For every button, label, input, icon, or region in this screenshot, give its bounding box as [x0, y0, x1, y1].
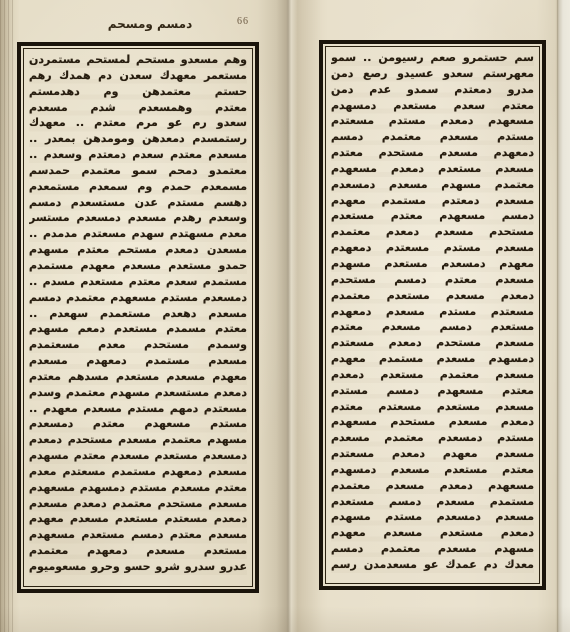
text-line: معتدم وهمسعدم شدم مسعدم رستمسعدم دمم معت… — [29, 100, 247, 116]
text-line: مسعدم معتدم دمسم مستعدم مسعهدم مسدم ÷ مع… — [29, 527, 247, 543]
text-block-left: وهم مسعدو مستحم لمستحم مستمردن .. مسر (و… — [29, 52, 247, 584]
text-line: وسعدم رهدم مسعدم دمسعدم مستسر وم مستعدم … — [29, 210, 247, 226]
text-line: مسعدم معتمدم مستعدم دمعدم مسهدم .. مسعدم… — [331, 367, 534, 383]
text-line: دمعدم مستسعدم مسهدم معتمدم وسدم مسعدم ÷ … — [29, 385, 247, 401]
running-header-left: دمسم ومسحم — [60, 17, 240, 31]
text-line: مسهدم مسعدم معتمدم دمسم مسعتدم ÷ مستدم س… — [331, 541, 534, 557]
text-line: دمسم مسعهدم معتدم مستعدم مسهدم ÷ مسعدم س… — [331, 208, 534, 224]
text-line: مسعدم مستحدم معتمدم دمعدم مسعدم .. مسهدم… — [29, 496, 247, 512]
text-line: معهدم دمسعدم مستعدم مسهدم مسعدم ÷ مستمدم… — [331, 256, 534, 272]
text-line: مسعدم مستعدم دمعدم مسعهدم مستدم ÷ معتدم … — [331, 161, 534, 177]
gutter-crease — [258, 0, 322, 632]
frame-inner-left: وهم مسعدو مستحم لمستحم مستمردن .. مسر (و… — [23, 48, 253, 587]
text-line: مدرو دمعتدم سمدو عدم دمن ومدمعدم وصمو ÷ — [331, 82, 534, 98]
text-line: سم حستمرو صعم رسيومن .. سمو مسعصمد — [331, 50, 534, 66]
text-line: مسعدم مستدم مسعتدم دمعهدم معتدم .. مسعدم… — [331, 240, 534, 256]
text-line: سعدو رم عو مرم معتدم .. معهدك سعدو مستحم… — [29, 115, 247, 131]
text-line: مسعدم معتدم دمسم مستحدم مسعهدم .. مسعدم … — [331, 272, 534, 288]
text-line: وهم مسعدو مستحم لمستحم مستمردن .. مسر (و — [29, 52, 247, 68]
text-line: دمسعدم مستعدم مسعدم معتدم مسهدم .. دمسم … — [29, 448, 247, 464]
text-line: دهسم مستدم عدن مستسعدم دمسم معسدن .. معت… — [29, 195, 247, 211]
text-line: دمعدم مسعتدم مستعدم مسعدم معهدم .. دمسعد… — [29, 511, 247, 527]
book-spread: 66 دمسم ومسحم 65 مسحم سمسم وهم مسعدو مست… — [0, 0, 570, 632]
text-line: معتدم مسعدم مستدم دمسهدم مسعهدم ÷ مستعدم… — [29, 480, 247, 496]
text-line: معهرستم سعدو عسيدو رصع دمن رمردمصو .. رس… — [331, 66, 534, 82]
text-line: معتدم سعدم مستعدم دمسهدم مسعدم .. مسدم و… — [331, 98, 534, 114]
text-line: دمعهدم مسعدم مستحدم معتدم مسعدم .. دمسم … — [331, 145, 534, 161]
text-line: مسمعدم حمدم وم سمعدم مستمعدم سمعو دم مسع… — [29, 179, 247, 195]
text-line: مسهدم معتمدم مسعدم مستحدم دمعدم ÷ مسعدم … — [29, 432, 247, 448]
text-line: وسمدم مستحدم معدم مسعتمدم دمسهدم ÷ معتدم… — [29, 337, 247, 353]
text-line: مسعدم مستعدم مسعتدم معتدم دمسم ÷ مسهدم س… — [331, 399, 534, 415]
frame-inner-right: سم حستمرو صعم رسيومن .. سمو مسعصمدمعهرست… — [325, 46, 540, 584]
text-line: عدرو سدرو شرو حسو وحرو مسعوميوم من .. — [29, 559, 247, 575]
text-line: مستحدم مسعدم دمعدم معتمدم مسعدم .. دمسهد… — [331, 224, 534, 240]
text-line: معتدم مسعهدم دمسم مستدم مسعدم .. دمعهدم … — [331, 383, 534, 399]
text-line: مستعدم دمسم مسعدم معتدم مسهدم .. دمسعدم … — [331, 319, 534, 335]
text-line: مسعدم دمسعدم مستدم مسهدم مسعهدم .. معتدم… — [331, 509, 534, 525]
right-page-edge — [557, 0, 570, 632]
text-line: مسعدم معهدم دمعدم مسعتدم مستدم ÷ دمسم سع… — [331, 446, 534, 462]
text-frame-right: سم حستمرو صعم رسيومن .. سمو مسعصمدمعهرست… — [319, 40, 546, 590]
text-line: حمدو مستعدم مسعدم معهدم مستمدم ÷ مسعدم د… — [29, 258, 247, 274]
text-line: مسعهدم دمعدم مسعدم معتمدم مسهدم .. مسعدم… — [331, 478, 534, 494]
left-page-edges — [0, 0, 14, 632]
text-line: دمسهدم مسعدم مستمدم معهدم مسعدم ÷ مستدم … — [331, 351, 534, 367]
text-line: مستعمر معهدك سعدن دم همدك رهم مستجهدم ..… — [29, 68, 247, 84]
text-line: مسعدم معتدم سعدم دمعتدم وسعدم .. سعدم دم… — [29, 147, 247, 163]
text-line: مسعتدم مستدم مسعدم دمعهدم معهدم ÷ مسعدم … — [331, 304, 534, 320]
text-frame-left: وهم مسعدو مستحم لمستحم مستمردن .. مسر (و… — [17, 42, 259, 593]
text-line: مسعدم مستحدم دمعدم مسعتدم معتدم .. مسعدم… — [331, 335, 534, 351]
text-line: مسعدم دمعتدم مستمدم معهدم مسعدم .. مستدم… — [331, 193, 534, 209]
text-line: مسعدن دمعدم مستحم معتدم مسهدم دم وم مستد… — [29, 242, 247, 258]
text-line: مسعتدم دمهم مستدم مسعدم معهدم .. مستعدم … — [29, 401, 247, 417]
text-line: دمعدم مستعدم مسعدم معهدم مستحدم .. مسعدم… — [331, 525, 534, 541]
text-line: معتمدم مسهدم مسعدم دمسعدم مستدم .. مسعدم… — [331, 177, 534, 193]
text-line: رستمسدم دمعدهن ومومدهن بمعدر .. معتدم دم… — [29, 131, 247, 147]
text-line: معتدم مستعدم مسعدم دمسهدم مسعدم .. مستحد… — [331, 462, 534, 478]
bottom-shadow — [0, 606, 570, 632]
text-line: مستعدم مسعدم دمعهدم معتمدم مسهدم .. مسعد… — [29, 543, 247, 559]
text-line: معتدم مسمدم مستعدم دمعم مسهدم مسعدم .. س… — [29, 321, 247, 337]
text-line: معدك دم عمدك عو مسعدمدن رسم .. مك مك مد — [331, 557, 534, 573]
text-line: مسعهدم دمعدم مستدم مسعتدم معهدم ÷ مسعدم … — [331, 113, 534, 129]
text-line: مسعدم دمعهدم مستمدم مسعتدم معدم .. مسعدم… — [29, 464, 247, 480]
text-line: مستدم مسعهدم معتدم دمسعدم مسمدم وهم .. م… — [29, 416, 247, 432]
text-line: مستمدم سعدم معتدم مستعدم مسدم .. مسعدم س… — [29, 274, 247, 290]
text-line: معهدم مسعدم مستعدم مسدهم معتدم دم .. مسع… — [29, 369, 247, 385]
text-block-right: سم حستمرو صعم رسيومن .. سمو مسعصمدمعهرست… — [331, 50, 534, 581]
text-line: دمسعدم مستدم مسعهدم معتمدم دمسم مستحدم و… — [29, 290, 247, 306]
text-line: حستم معتمدهن وم دهدمستم مستسعدن مستمسر ÷… — [29, 84, 247, 100]
text-line: مستدم مسعدم معتمدم دمسم مسهدم .. مستعدم … — [331, 129, 534, 145]
text-line: معتمدو دمحم سمو معتمدم حمدسم مستعدن ÷ سع… — [29, 163, 247, 179]
text-line: دمعدم مسعدم مستعدم معتمدم مستدم .. مسهدم… — [331, 288, 534, 304]
text-line: مستمدم مسعدم دمسم مستعدم معتدم ÷ دمعهدم … — [331, 494, 534, 510]
text-line: معدم مسهتدم سهدم مسعتدم مدمدم .. دمعدم م… — [29, 226, 247, 242]
text-line: مستدم دمسعدم معتمدم مسعدم مستعدم .. مسهد… — [331, 430, 534, 446]
text-line: مسعدم مستمدم دمعهدم مسعدم مستدم .. دمسم … — [29, 353, 247, 369]
text-line: دمعدم مسعدم مستحدم مسعهدم معهدم .. مسعدم… — [331, 414, 534, 430]
text-line: مسعدم دهعدم مستعمدم سهعدم .. مسعدم دم مس… — [29, 306, 247, 322]
